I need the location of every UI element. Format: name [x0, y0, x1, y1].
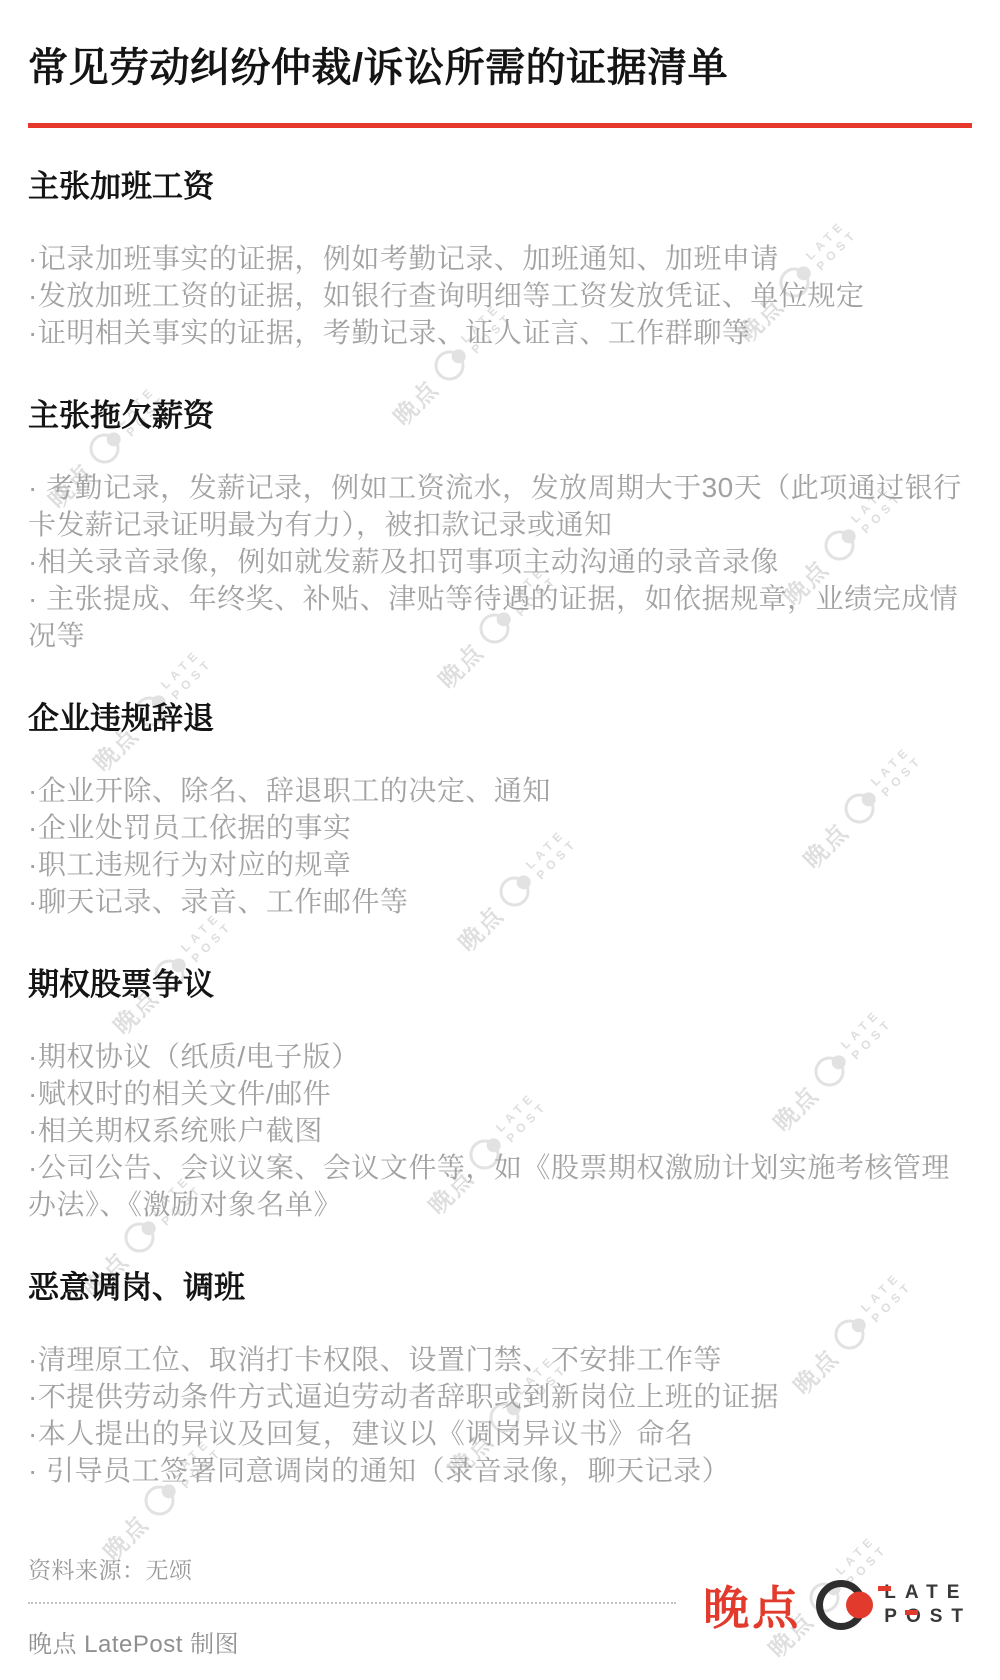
section: 主张加班工资·记录加班事实的证据，例如考勤记录、加班通知、加班申请·发放加班工资…	[28, 168, 972, 351]
list-item: ·公司公告、会议议案、会议文件等，如《股票期权激励计划实施考核管理办法》、《激励…	[28, 1149, 972, 1223]
sections: 主张加班工资·记录加班事实的证据，例如考勤记录、加班通知、加班申请·发放加班工资…	[28, 168, 972, 1489]
section-heading: 企业违规辞退	[28, 700, 972, 738]
logo-cn-text: 晚点	[703, 1572, 801, 1638]
section-heading: 主张加班工资	[28, 168, 972, 206]
footer: 资料来源：无颂 晚点 LatePost 制图 晚点 LATE POST	[28, 1552, 972, 1585]
list-item: ·相关期权系统账户截图	[28, 1112, 972, 1149]
logo-ring-icon	[816, 1580, 866, 1630]
section-heading: 期权股票争议	[28, 966, 972, 1004]
section: 期权股票争议·期权协议（纸质/电子版）·赋权时的相关文件/邮件·相关期权系统账户…	[28, 966, 972, 1223]
content: 常见劳动纠纷仲裁/诉讼所需的证据清单 主张加班工资·记录加班事实的证据，例如考勤…	[0, 0, 1000, 1489]
evidence-list: ·期权协议（纸质/电子版）·赋权时的相关文件/邮件·相关期权系统账户截图·公司公…	[28, 1038, 972, 1223]
list-item: · 考勤记录，发薪记录，例如工资流水，发放周期大于30天（此项通过银行卡发薪记录…	[28, 469, 972, 543]
list-item: ·聊天记录、录音、工作邮件等	[28, 883, 972, 920]
list-item: ·相关录音录像，例如就发薪及扣罚事项主动沟通的录音录像	[28, 543, 972, 580]
evidence-list: ·清理原工位、取消打卡权限、设置门禁、不安排工作等·不提供劳动条件方式逼迫劳动者…	[28, 1341, 972, 1489]
latepost-logo: 晚点 LATE POST	[703, 1572, 972, 1638]
list-item: · 引导员工签署同意调岗的通知（录音录像，聊天记录）	[28, 1452, 972, 1489]
logo-red-dot-icon	[846, 1592, 873, 1619]
list-item: ·本人提出的异议及回复，建议以《调岗异议书》命名	[28, 1415, 972, 1452]
infographic-page: 晚点LATEPOST晚点LATEPOST晚点LATEPOST晚点LATEPOST…	[0, 0, 1000, 1680]
section-heading: 恶意调岗、调班	[28, 1269, 972, 1307]
list-item: ·企业开除、除名、辞退职工的决定、通知	[28, 772, 972, 809]
list-item: ·赋权时的相关文件/邮件	[28, 1075, 972, 1112]
list-item: ·职工违规行为对应的规章	[28, 846, 972, 883]
credit-note: 晚点 LatePost 制图	[28, 1624, 239, 1659]
section: 企业违规辞退·企业开除、除名、辞退职工的决定、通知·企业处罚员工依据的事实·职工…	[28, 700, 972, 920]
logo-dash-icon	[878, 1586, 891, 1591]
logo-en-text: LATE POST	[884, 1581, 972, 1629]
logo-en-line1: LATE	[884, 1581, 972, 1605]
list-item: ·记录加班事实的证据，例如考勤记录、加班通知、加班申请	[28, 240, 972, 277]
section-heading: 主张拖欠薪资	[28, 397, 972, 435]
logo-dash-icon	[905, 1610, 918, 1615]
page-title: 常见劳动纠纷仲裁/诉讼所需的证据清单	[28, 0, 972, 92]
list-item: ·证明相关事实的证据，考勤记录、证人证言、工作群聊等	[28, 314, 972, 351]
list-item: · 主张提成、年终奖、补贴、津贴等待遇的证据，如依据规章，业绩完成情况等	[28, 580, 972, 654]
list-item: ·不提供劳动条件方式逼迫劳动者辞职或到新岗位上班的证据	[28, 1378, 972, 1415]
logo-en-line2: POST	[884, 1605, 972, 1629]
list-item: ·发放加班工资的证据，如银行查询明细等工资发放凭证、单位规定	[28, 277, 972, 314]
evidence-list: · 考勤记录，发薪记录，例如工资流水，发放周期大于30天（此项通过银行卡发薪记录…	[28, 469, 972, 654]
evidence-list: ·记录加班事实的证据，例如考勤记录、加班通知、加班申请·发放加班工资的证据，如银…	[28, 240, 972, 351]
list-item: ·企业处罚员工依据的事实	[28, 809, 972, 846]
list-item: ·期权协议（纸质/电子版）	[28, 1038, 972, 1075]
dotted-divider	[28, 1602, 676, 1604]
section: 恶意调岗、调班·清理原工位、取消打卡权限、设置门禁、不安排工作等·不提供劳动条件…	[28, 1269, 972, 1489]
title-underline	[28, 123, 972, 128]
evidence-list: ·企业开除、除名、辞退职工的决定、通知·企业处罚员工依据的事实·职工违规行为对应…	[28, 772, 972, 920]
list-item: ·清理原工位、取消打卡权限、设置门禁、不安排工作等	[28, 1341, 972, 1378]
section: 主张拖欠薪资· 考勤记录，发薪记录，例如工资流水，发放周期大于30天（此项通过银…	[28, 397, 972, 654]
